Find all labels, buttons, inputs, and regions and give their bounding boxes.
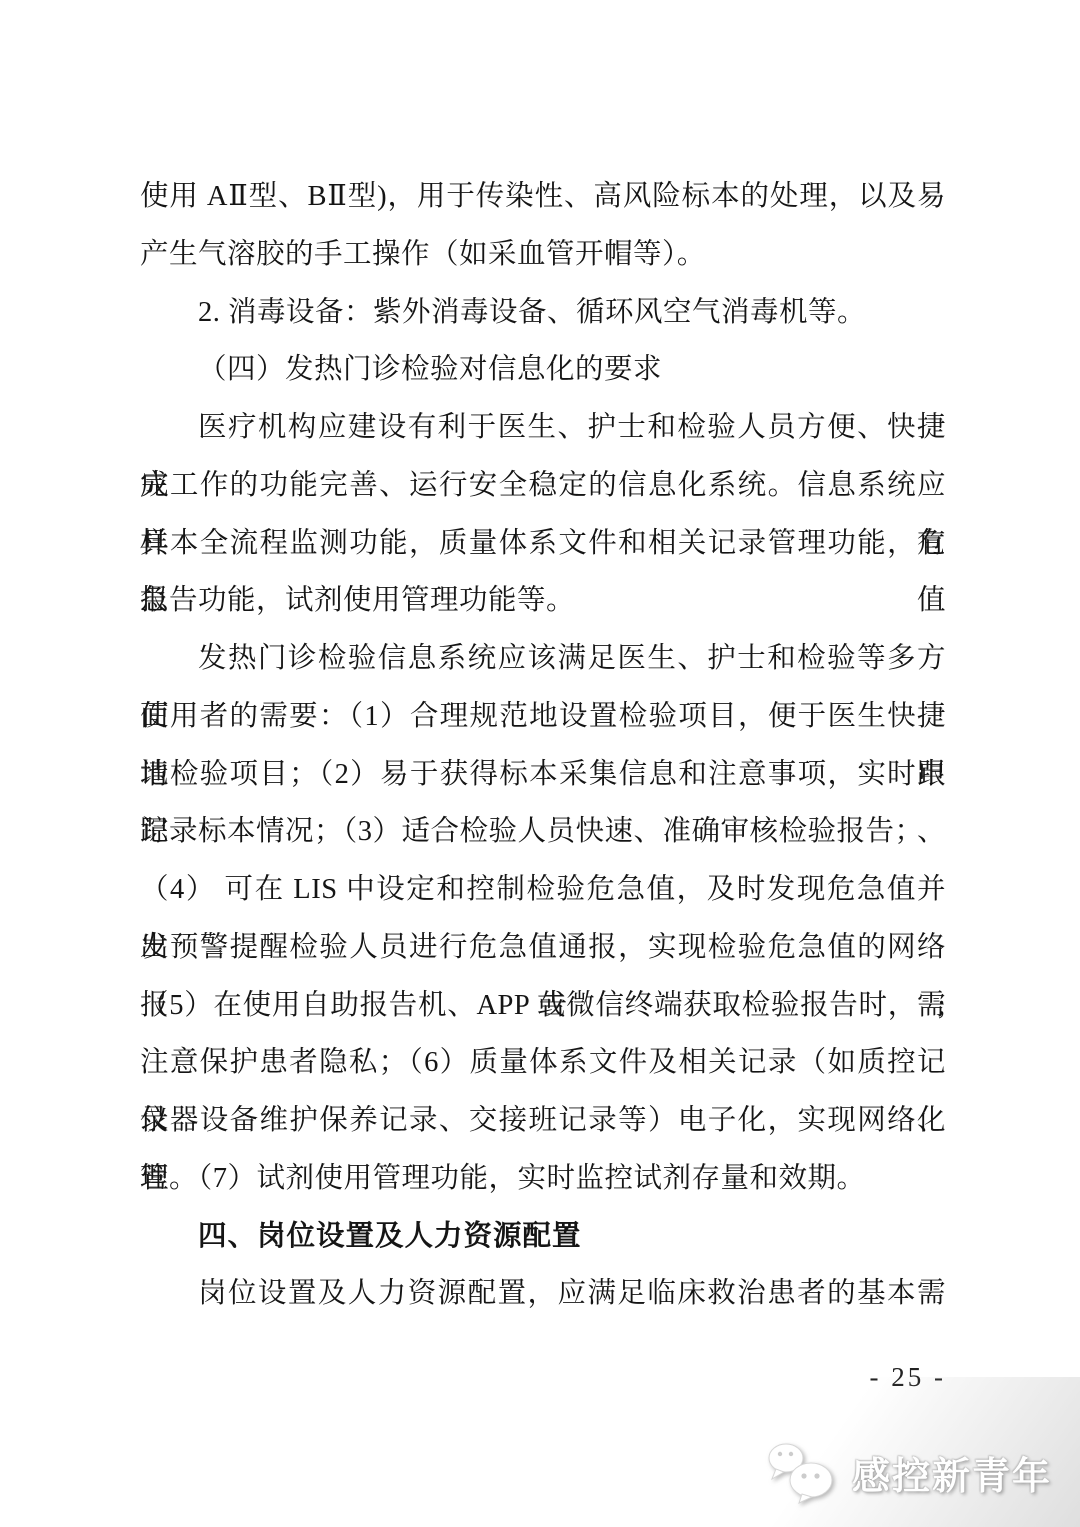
text-line: 理。（7）试剂使用管理功能，实时监控试剂存量和效期。	[140, 1150, 946, 1208]
text-line: 记录标本情况；（3）适合检验人员快速、准确审核检验报告；	[140, 803, 946, 861]
text-line: 使用 AⅡ型、BⅡ型)，用于传染性、高风险标本的处理，以及易	[140, 168, 946, 226]
text-line: 发热门诊检验信息系统应该满足医生、护士和检验等多方面	[140, 630, 946, 688]
document-body: 使用 AⅡ型、BⅡ型)，用于传染性、高风险标本的处理，以及易产生气溶胶的手工操作…	[140, 168, 946, 1323]
watermark: 感控新青年	[762, 1439, 1052, 1505]
watermark-label: 感控新青年	[852, 1445, 1052, 1500]
text-line: 医疗机构应建设有利于医生、护士和检验人员方便、快捷完	[140, 399, 946, 457]
document-page: 使用 AⅡ型、BⅡ型)，用于传染性、高风险标本的处理，以及易产生气溶胶的手工操作…	[0, 0, 1080, 1527]
text-line: 成工作的功能完善、运行安全稳定的信息化系统。信息系统应具 有	[140, 457, 946, 515]
text-line: 岗位设置及人力资源配置，应满足临床救治患者的基本需	[140, 1265, 946, 1323]
text-line: 样本全流程监测功能，质量体系文件和相关记录管理功能，危急值	[140, 515, 946, 573]
text-line: （四）发热门诊检验对信息化的要求	[140, 341, 946, 399]
text-line: （5）在使用自助报告机、APP 或微信终端获取检验报告时，需	[140, 977, 946, 1035]
text-line: 注意保护患者隐私；（6）质量体系文件及相关记录（如质控记录、	[140, 1034, 946, 1092]
text-line: 仪器设备维护保养记录、交接班记录等）电子化，实现网络化管	[140, 1092, 946, 1150]
wechat-icon	[762, 1439, 842, 1505]
section-heading: 四、岗位设置及人力资源配置	[140, 1208, 946, 1266]
text-line: 请检验项目；（2）易于获得标本采集信息和注意事项，实时跟踪、	[140, 746, 946, 804]
text-line: （4） 可在 LIS 中设定和控制检验危急值，及时发现危急值并发	[140, 861, 946, 919]
text-line: 出预警提醒检验人员进行危急值通报，实现检验危急值的网络报告;	[140, 919, 946, 977]
text-line: 使用者的需要：（1）合理规范地设置检验项目，便于医生快捷地申	[140, 688, 946, 746]
text-line: 2. 消毒设备：紫外消毒设备、循环风空气消毒机等。	[140, 284, 946, 342]
text-line: 产生气溶胶的手工操作（如采血管开帽等）。	[140, 226, 946, 284]
